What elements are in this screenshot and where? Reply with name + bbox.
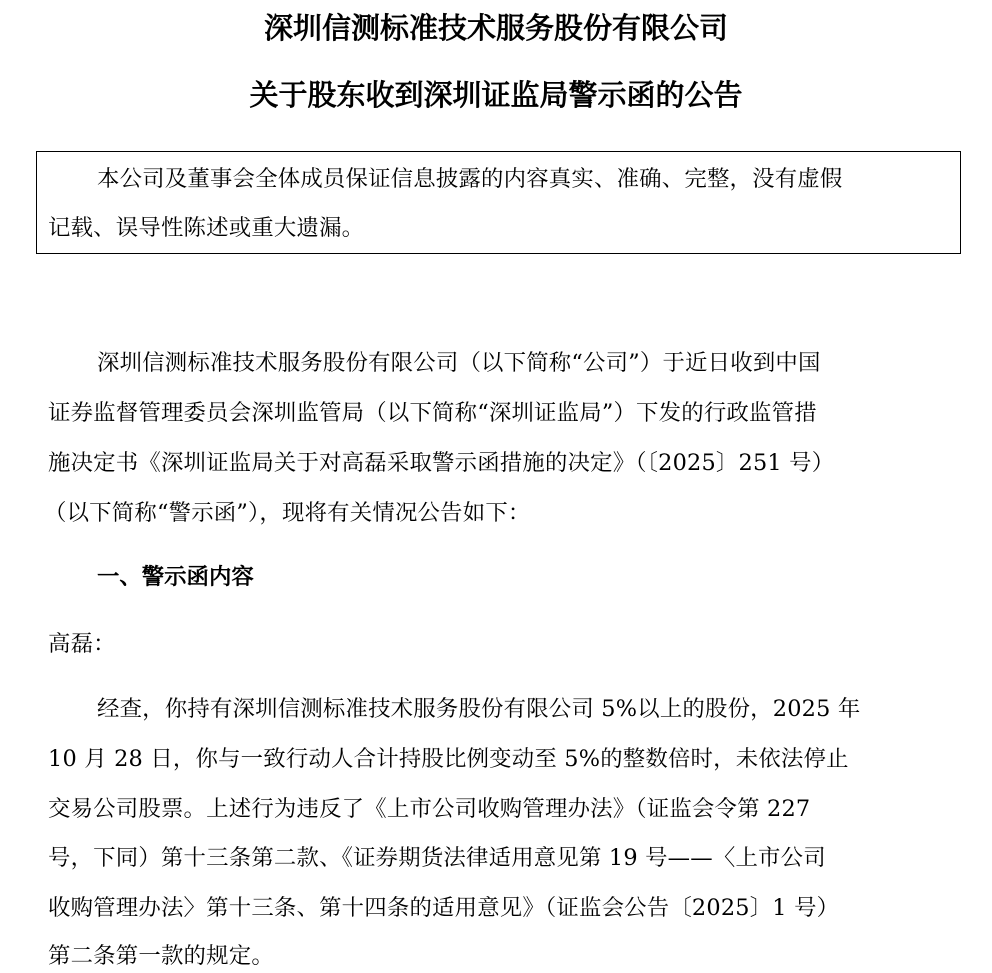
notice-line-2: 记载、误导性陈述或重大遗漏。	[48, 217, 364, 239]
salutation: 高磊：	[48, 633, 116, 655]
body-line-1: 经查，你持有深圳信测标准技术服务股份有限公司 5%以上的股份，2025 年	[97, 698, 860, 720]
notice-line-1: 本公司及董事会全体成员保证信息披露的内容真实、准确、完整，没有虚假	[97, 168, 843, 190]
intro-line-3: 施决定书《深圳证监局关于对高磊采取警示函措施的决定》（〔2025〕251 号）	[48, 452, 834, 474]
body-line-3: 交易公司股票。上述行为违反了《上市公司收购管理办法》（证监会令第 227	[48, 798, 810, 820]
intro-line-1: 深圳信测标准技术服务股份有限公司（以下简称“公司”）于近日收到中国	[97, 352, 821, 374]
intro-line-2: 证券监督管理委员会深圳监管局（以下简称“深圳证监局”）下发的行政监管措	[48, 402, 817, 424]
body-line-4: 号，下同）第十三条第二款、《证券期货法律适用意见第 19 号——〈上市公司	[48, 847, 826, 869]
intro-line-4: （以下简称“警示函”），现将有关情况公告如下：	[44, 502, 531, 524]
body-line-5: 收购管理办法〉第十三条、第十四条的适用意见》（证监会公告〔2025〕1 号）	[48, 897, 839, 919]
section-heading-warning-letter-content: 一、警示函内容	[97, 566, 254, 588]
company-name-title: 深圳信测标准技术服务股份有限公司	[0, 6, 992, 47]
announcement-subject-title: 关于股东收到深圳证监局警示函的公告	[0, 73, 992, 114]
body-line-2: 10 月 28 日，你与一致行动人合计持股比例变动至 5%的整数倍时，未依法停止	[48, 748, 849, 770]
body-line-6: 第二条第一款的规定。	[48, 945, 274, 967]
